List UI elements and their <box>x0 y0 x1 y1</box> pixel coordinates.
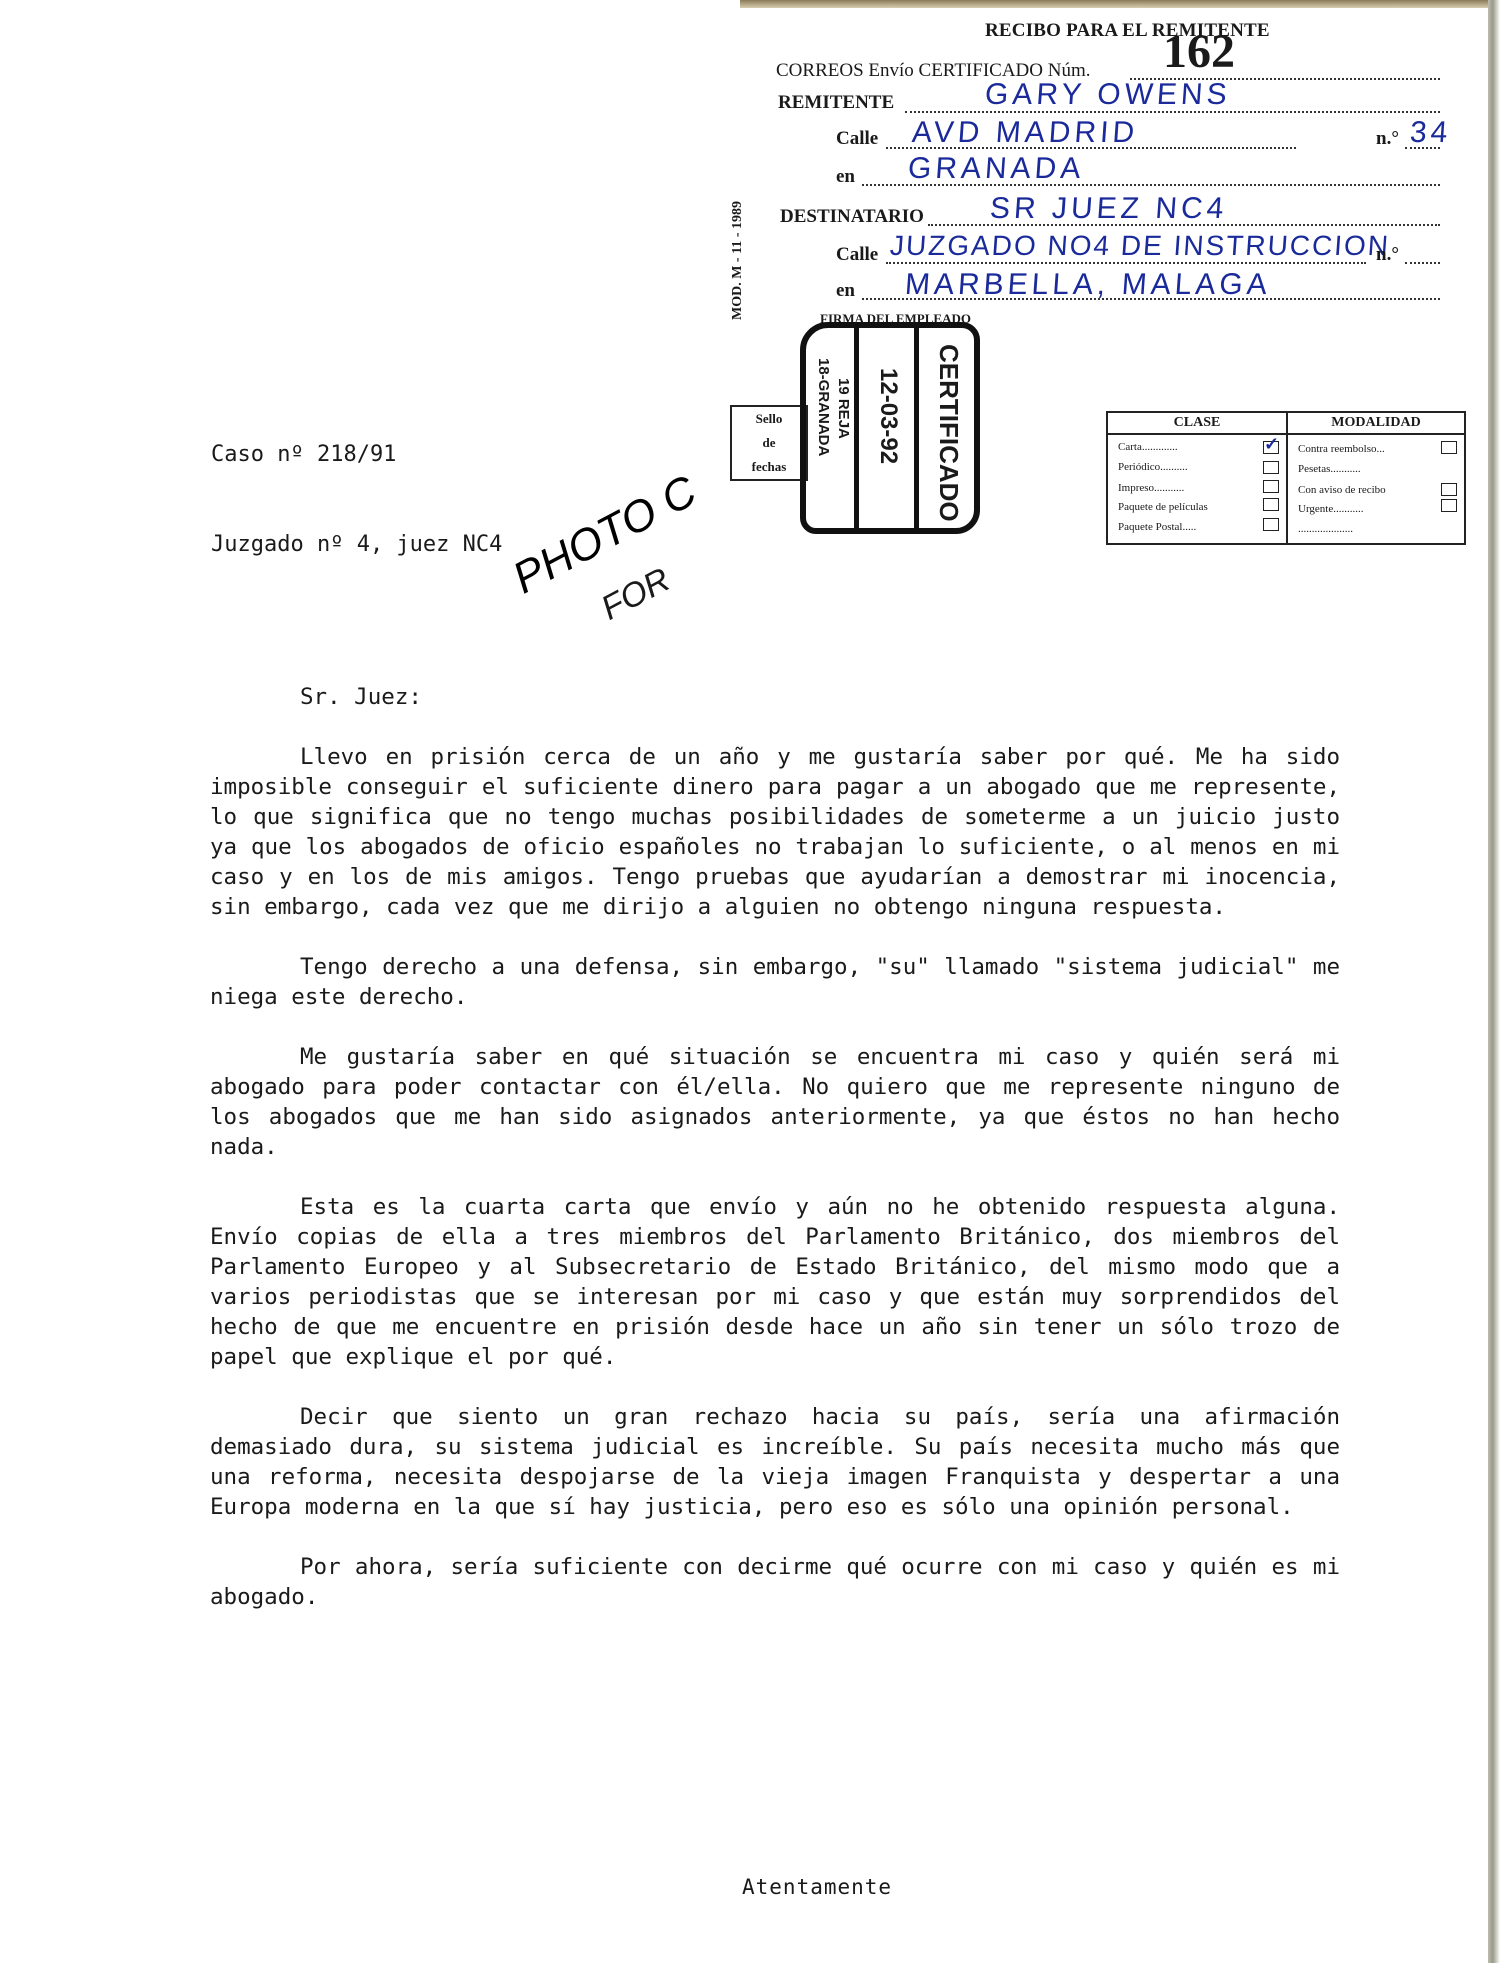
en-label: en <box>836 166 855 188</box>
calle-label: Calle <box>836 128 878 150</box>
destinatario-value: SR JUEZ NC4 <box>989 192 1229 226</box>
letter-body: Sr. Juez: Llevo en prisión cerca de un a… <box>210 682 1340 1642</box>
letter-paragraph: Esta es la cuarta carta que envío y aún … <box>210 1192 1340 1372</box>
clase-header: CLASE <box>1108 413 1286 435</box>
stamp-date: 12-03-92 <box>874 368 902 464</box>
dotted-line <box>1405 262 1440 264</box>
stamp-office-1: 19 REJA <box>835 378 852 439</box>
letter-closing: Atentamente <box>742 1875 892 1899</box>
sello-label: de <box>732 431 806 455</box>
sello-label: fechas <box>732 455 806 479</box>
letter-paragraph: Por ahora, sería suficiente con decirme … <box>210 1552 1340 1612</box>
column-divider <box>1286 413 1288 543</box>
stamp-divider <box>854 328 859 528</box>
destinatario-calle: JUZGADO NO4 DE INSTRUCCION <box>889 230 1391 262</box>
clase-modalidad-box: CLASE MODALIDAD Carta............. ✓ Per… <box>1106 411 1466 545</box>
checkbox-reembolso[interactable] <box>1441 441 1457 454</box>
calle-label: Calle <box>836 244 878 266</box>
case-number: Caso nº 218/91 <box>211 440 502 470</box>
letter-greeting: Sr. Juez: <box>210 682 1340 712</box>
case-reference: Caso nº 218/91 Juzgado nº 4, juez NC4 <box>211 380 502 590</box>
sello-label: Sello <box>732 407 806 431</box>
clase-item-periodico: Periódico.......... <box>1118 461 1188 473</box>
modalidad-item-pesetas: Pesetas........... <box>1298 463 1361 475</box>
model-code: MOD. M - 11 - 1989 <box>730 201 746 320</box>
receipt-number: 162 <box>1163 24 1235 79</box>
postmark-stamp: CERTIFICADO 12-03-92 19 REJA 18-GRANADA <box>800 322 980 534</box>
handwritten-annotation: PHOTO C <box>505 466 705 604</box>
checkbox-carta[interactable]: ✓ <box>1263 441 1279 454</box>
stamp-divider <box>914 328 919 528</box>
remitente-calle: AVD MADRID <box>911 116 1140 150</box>
clase-item-impreso: Impreso........... <box>1118 482 1184 494</box>
letter-paragraph: Decir que siento un gran rechazo hacia s… <box>210 1402 1340 1522</box>
court-info: Juzgado nº 4, juez NC4 <box>211 530 502 560</box>
checkbox-periodico[interactable] <box>1263 461 1279 474</box>
modalidad-item-blank: .................... <box>1298 523 1353 535</box>
sello-fechas-box: Sello de fechas <box>730 405 808 481</box>
modalidad-item-reembolso: Contra reembolso... <box>1298 443 1385 455</box>
numero-label: n.° <box>1376 128 1399 150</box>
dotted-line <box>886 262 1366 264</box>
checkbox-urgente[interactable] <box>1441 499 1457 512</box>
clase-item-paquete-peliculas: Paquete de películas <box>1118 501 1208 513</box>
numero-label: n.° <box>1376 244 1399 266</box>
letter-paragraph: Me gustaría saber en qué situación se en… <box>210 1042 1340 1162</box>
checkmark-icon: ✓ <box>1264 434 1279 455</box>
remitente-numero: 34 <box>1409 116 1453 150</box>
modalidad-item-aviso: Con aviso de recibo <box>1298 484 1386 496</box>
letter-paragraph: Llevo en prisión cerca de un año y me gu… <box>210 742 1340 922</box>
handwritten-annotation: FOR <box>595 560 677 628</box>
modalidad-item-urgente: Urgente........... <box>1298 503 1363 515</box>
destinatario-ciudad: MARBELLA, MALAGA <box>904 268 1272 302</box>
clase-item-paquete-postal: Paquete Postal..... <box>1118 521 1196 533</box>
modalidad-header: MODALIDAD <box>1288 413 1464 435</box>
checkbox-paquete-peliculas[interactable] <box>1263 498 1279 511</box>
clase-item-carta: Carta............. <box>1118 441 1178 453</box>
checkbox-paquete-postal[interactable] <box>1263 518 1279 531</box>
remitente-ciudad: GRANADA <box>907 152 1086 186</box>
checkbox-impreso[interactable] <box>1263 480 1279 493</box>
checkbox-aviso[interactable] <box>1441 483 1457 496</box>
letter-paragraph: Tengo derecho a una defensa, sin embargo… <box>210 952 1340 1012</box>
destinatario-label: DESTINATARIO <box>780 206 924 228</box>
paper-top-edge <box>740 0 1500 8</box>
remitente-label: REMITENTE <box>778 92 894 114</box>
stamp-office-2: 18-GRANADA <box>815 358 832 456</box>
remitente-value: GARY OWENS <box>984 78 1232 112</box>
paper-right-edge <box>1488 0 1500 1963</box>
stamp-type: CERTIFICADO <box>933 344 964 522</box>
en-label: en <box>836 280 855 302</box>
